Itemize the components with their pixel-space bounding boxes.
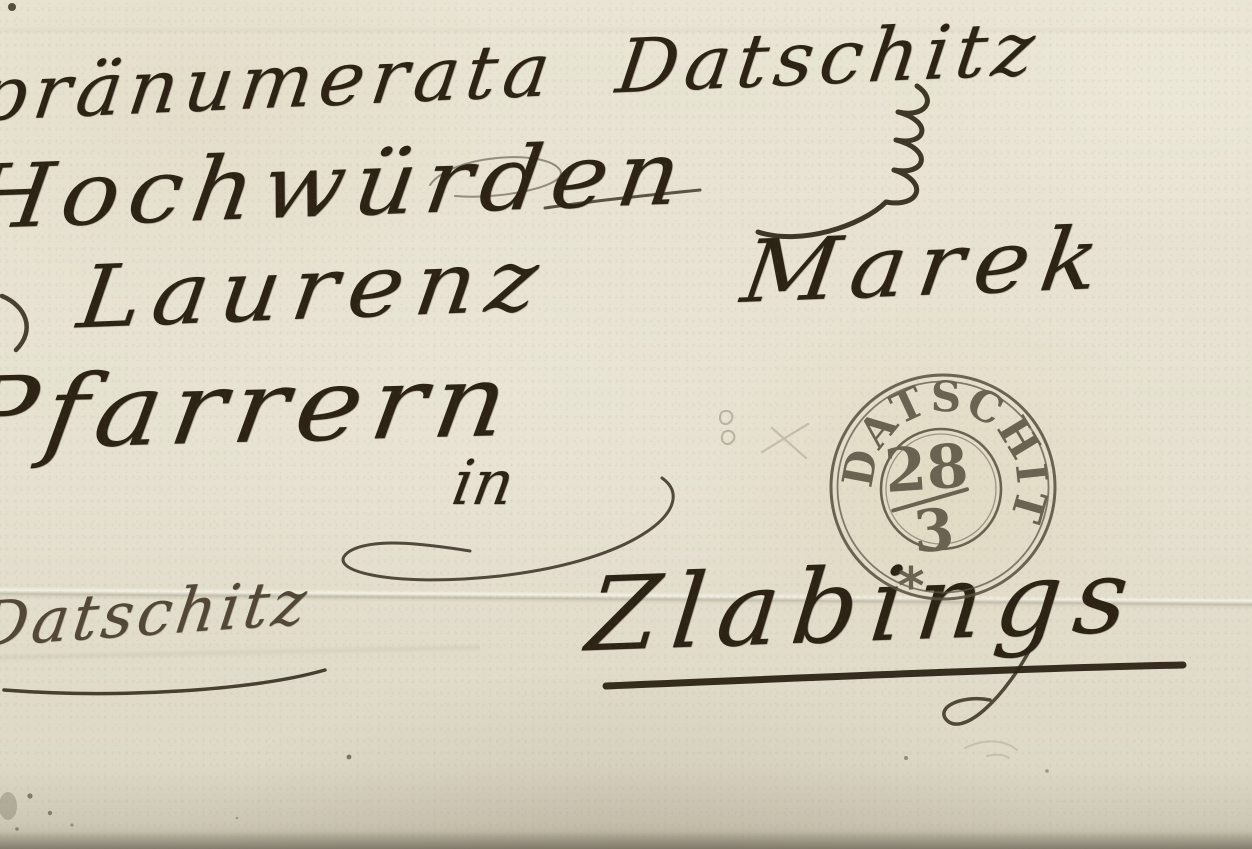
handwriting-recipient-title: Pfarrern bbox=[0, 341, 524, 473]
handwriting-docket-note: Datschitz bbox=[0, 565, 315, 662]
paper-edge-shadow-bottom bbox=[0, 831, 1252, 849]
docket-underline bbox=[4, 670, 325, 693]
flourish-datschitz-tail bbox=[758, 86, 927, 237]
handwriting-destination: Zlabings bbox=[581, 537, 1146, 676]
postmark-fraction-bar bbox=[892, 489, 968, 510]
postmark-inner-ring-inner-line bbox=[886, 434, 996, 544]
letter-scan: DATSCHITZ 28 3 * bbox=[0, 0, 1252, 849]
handwriting-preposition: in bbox=[447, 446, 520, 519]
handwriting-fragment-left bbox=[2, 296, 27, 350]
postmark-inner-ring bbox=[881, 429, 1001, 549]
handwriting-origin-note: pränumerata Datschitz bbox=[0, 6, 1046, 139]
postmark-day-text: 28 bbox=[882, 431, 970, 507]
